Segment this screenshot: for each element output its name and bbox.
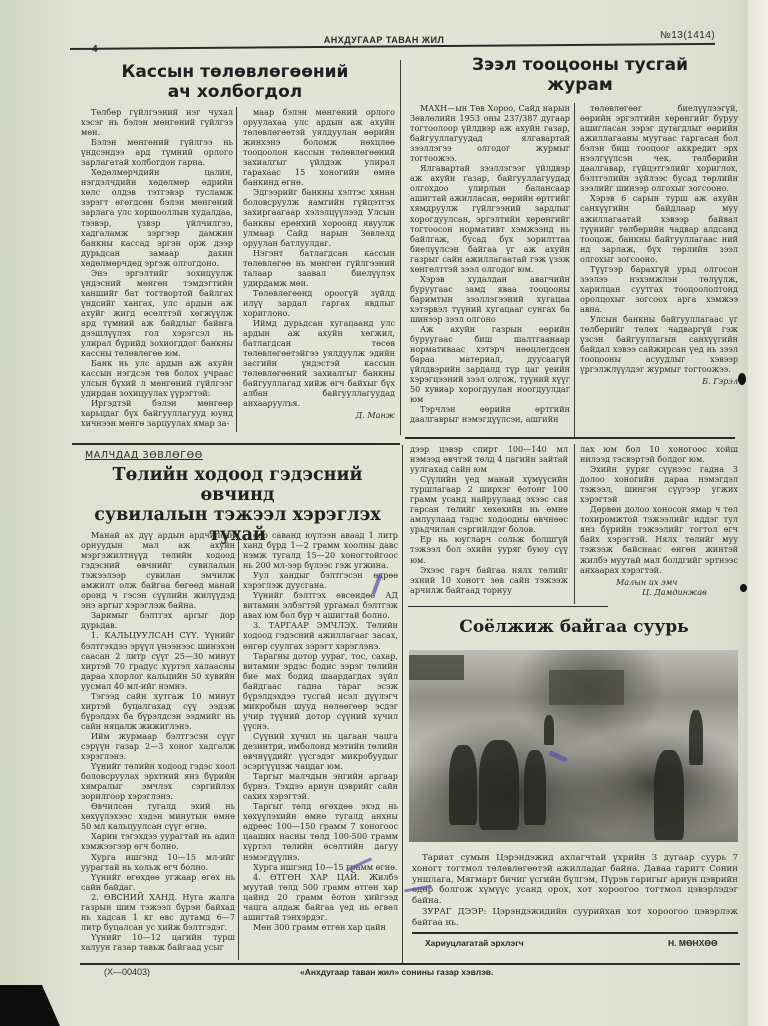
editor-label: Хариуцлагатай эрхлэгч bbox=[425, 938, 524, 948]
paragraph: Заримыг бэлтгэх аргыг дор дурьдав. bbox=[81, 610, 235, 630]
paragraph: Эхийн ууряг сүүнээс гадна 3 долоо хоноги… bbox=[580, 464, 738, 504]
paragraph: Улсын банкны байгууллагаас үг төлбөрийг … bbox=[580, 314, 738, 374]
footer-rule bbox=[80, 963, 740, 965]
paragraph: Хурга ишгэнд 10—15 грамм өгнө. bbox=[243, 862, 398, 872]
paragraph: Тэгээд сайн хутгаж 10 минут хиртэй буцал… bbox=[81, 691, 235, 731]
paragraph: Үүнийг бэлтгэх өвсөндөө АД витамин элбэг… bbox=[243, 590, 398, 620]
article3-column1: Манай ах дүү ардын ардчилсан орнуудын ма… bbox=[81, 530, 235, 952]
paragraph: Иргэдтэй бэлэн мөнгөөр харьцдаг бүх байг… bbox=[81, 398, 233, 428]
paragraph: дээр цэвэр спирт 100—140 мл нэмээд өвчтэ… bbox=[410, 444, 568, 474]
paragraph: Тэрчлэн өөрийн өртгийн даалгаврыг нэмэгд… bbox=[410, 404, 570, 424]
paragraph: МАХН—ын Төв Хороо, Сайд нарын Зөвлөлийн … bbox=[410, 103, 570, 163]
column-divider bbox=[574, 103, 575, 438]
issue-number: №13(1414) bbox=[660, 30, 715, 41]
photo-caption: ЗУРАГ ДЭЭР: Цэрэндэжидийн суурийхан хот … bbox=[412, 907, 738, 929]
paragraph: өөр саванд юүлээн аваад 1 литр ханд бүрд… bbox=[243, 530, 398, 570]
article2-column1: МАХН—ын Төв Хороо, Сайд нарын Зөвлөлийн … bbox=[410, 103, 570, 425]
paragraph: Өвчилсөн тугалд эхий нь хөхүүлэхээс хэдэ… bbox=[81, 801, 235, 831]
page-edge bbox=[748, 0, 768, 1026]
paragraph: 2. ӨВСНИЙ ХАНД. Нуга жалга газрын шим тэ… bbox=[81, 892, 235, 932]
paragraph: Энэ эргэлтийг зохицуулж үндэсний мөнгөн … bbox=[81, 268, 233, 358]
author-title: Малын их эмч bbox=[580, 577, 738, 587]
paragraph: Хэрэв 6 сарын турш аж ахуйн санхүүгийн б… bbox=[580, 193, 738, 263]
paragraph: Төлөвлөгөөнд ороогүй зүйлд илүү зардал г… bbox=[243, 288, 395, 318]
section-divider bbox=[72, 443, 400, 445]
photo-workers-cleaning-settlement bbox=[409, 650, 738, 842]
column-divider bbox=[574, 444, 575, 604]
article1-column1: Төлбөр гүйлгээний нэг чухал хэсэг нь бэл… bbox=[81, 107, 233, 429]
article3-kicker: МАЛЧДАД ЗӨВЛӨГӨӨ bbox=[85, 450, 203, 461]
column-divider bbox=[238, 530, 239, 960]
article1-signature: Д. Манж bbox=[243, 410, 395, 420]
author-name: Ц. Дамдинжав bbox=[580, 587, 738, 597]
paragraph: 3. ТАРГААР ЭМЧЛЭХ. Төлийн ходоод гэдэсни… bbox=[243, 620, 398, 650]
paragraph: 1. КАЛЬЦУУЛСАН СҮҮ. Үүнийг бэлтгэхдээ эр… bbox=[81, 630, 235, 690]
paragraph: Үүнийг 10—12 цагийн турш халуун газар та… bbox=[81, 932, 235, 952]
article3-title-line2: сувилалын тэжээл хэрэглэх bbox=[75, 506, 400, 526]
paragraph: Үүнийг төлийн ходоод гэдэс хоол боловсру… bbox=[81, 761, 235, 801]
paragraph: Эхээс гарч байгаа нялх төлийг эхний 10 х… bbox=[410, 565, 568, 595]
paragraph: Бэлэн мөнгөний гүйлгээ нь үндсэндээ ард … bbox=[81, 137, 233, 167]
article1-column2: маар бэлэн мөнгөний орлого оруулахаа улс… bbox=[243, 107, 395, 420]
paragraph: Таргыг төлд өгөхдөө эхэд нь хөхүүлэхийн … bbox=[243, 801, 398, 861]
editor-name: Н. МӨНХӨӨ bbox=[668, 938, 718, 948]
article3-column3: дээр цэвэр спирт 100—140 мл нэмээд өвчтэ… bbox=[410, 444, 568, 595]
printer-line: «Анхдугаар таван жил» сонины газар хэвлэ… bbox=[300, 967, 493, 977]
paragraph: Харин тэгэхдээ уурагтай нь адил хэмжээгэ… bbox=[81, 831, 235, 851]
paragraph: Дөрвөн долоо хоносон ямар ч төл тохиромж… bbox=[580, 504, 738, 574]
paragraph: Мөн 300 грамм өтгөн хар цайн bbox=[243, 922, 398, 932]
paragraph: лах юм бол 10 хоногоос хойш нилээд тэсвэ… bbox=[580, 444, 738, 464]
imprint-rule bbox=[412, 932, 738, 934]
article3-title-line1: Төлийн ходоод гэдэсний өвчинд bbox=[75, 466, 400, 506]
building-shape bbox=[409, 655, 464, 680]
punch-hole bbox=[740, 584, 747, 592]
paragraph: Банк нь улс ардын аж ахуйн кассын нэгдсэ… bbox=[81, 358, 233, 398]
article2-title-line2: журам bbox=[420, 75, 740, 95]
paragraph: Төлбөр гүйлгээний нэг чухал хэсэг нь бэл… bbox=[81, 107, 233, 137]
paragraph: Хурга ишгэнд 10—15 мл-ийг уурагтай нь хо… bbox=[81, 852, 235, 872]
column-divider bbox=[402, 445, 403, 965]
paragraph: 4. ӨТГӨН ХАР ЦАЙ. Жилбэ муутай төлд 500 … bbox=[243, 872, 398, 922]
paragraph: Таргыг малчдын энгийн аргаар бүрнэ. Тэхд… bbox=[243, 771, 398, 801]
punch-hole bbox=[738, 373, 746, 385]
paragraph: маар бэлэн мөнгөний орлого оруулахаа улс… bbox=[243, 107, 395, 187]
section-divider bbox=[408, 606, 608, 607]
article2-column2: төлөвлөгөөг биелүүлээгүй, өөрийн эргэлти… bbox=[580, 103, 738, 386]
paragraph: Манай ах дүү ардын ардчилсан орнуудын ма… bbox=[81, 530, 235, 610]
paragraph: Хэрэв худалдан авагчийн буруугаас замд я… bbox=[410, 274, 570, 324]
paragraph: төлөвлөгөөг биелүүлээгүй, өөрийн эргэлти… bbox=[580, 103, 738, 193]
paragraph: Тарагны дотор уураг, тос, сахар, витамин… bbox=[243, 651, 398, 731]
article1-title-line2: ач холбогдол bbox=[90, 82, 380, 102]
photo-title: Соёлжиж байгаа суурь bbox=[409, 617, 739, 637]
photo-story-text: Тариат сумын Цэрэндэжид ахлагчтай үхрийн… bbox=[412, 853, 738, 929]
paragraph: Хөдөлмөрчдийн цалин, нэгдэлчдийн хөдөлмө… bbox=[81, 167, 233, 267]
order-code: (Х—00403) bbox=[104, 967, 150, 977]
paragraph: Ийм журмаар бэлтгэсэн сүүг сэрүүн газар … bbox=[81, 731, 235, 761]
article1-title: Кассын төлөвлөгөөний ач холбогдол bbox=[90, 62, 380, 102]
article2-signature: Б. Гэрэл bbox=[580, 376, 738, 386]
article1-title-line1: Кассын төлөвлөгөөний bbox=[90, 62, 380, 82]
paragraph: Нэгэнт батлагдсан кассын төлөвлөгөө нь м… bbox=[243, 248, 395, 288]
article2-title-line1: Зээл тооцооны тусгай bbox=[420, 55, 740, 75]
article2-title: Зээл тооцооны тусгай журам bbox=[420, 55, 740, 95]
section-divider bbox=[405, 437, 735, 439]
paragraph: Эдгээрийг банкны хэлтэс хянан боловсруул… bbox=[243, 187, 395, 247]
column-divider bbox=[400, 60, 401, 435]
paragraph: Иймд дурьдсан хугацаанд улс ардын аж аху… bbox=[243, 318, 395, 408]
article3-column4: лах юм бол 10 хоногоос хойш нилээд тэсвэ… bbox=[580, 444, 738, 597]
paragraph: Аж ахуйн газрын өөрийн буруугаас биш шал… bbox=[410, 324, 570, 404]
column-divider bbox=[236, 107, 237, 432]
paragraph: Сүүний хүчил нь цагаан чацга дезинтри, и… bbox=[243, 731, 398, 771]
paragraph: Сүүлийн үед манай хүмүүсийн туршлагаар 2… bbox=[410, 474, 568, 534]
paragraph: Ер нь юугларч сольж болшгүй тэжээл бол э… bbox=[410, 534, 568, 564]
paragraph: Түүгээр барахгүй урьд олгосон зээлээ нэх… bbox=[580, 264, 738, 314]
paragraph: Үүнийг өгөхдөө угжаар өгөх нь сайн байда… bbox=[81, 872, 235, 892]
paragraph: Ялгавартай зээллэгээг үйлдвэр аж ахуйн г… bbox=[410, 163, 570, 274]
truck-shape bbox=[549, 670, 624, 705]
photo-story-paragraph: Тариат сумын Цэрэндэжид ахлагчтай үхрийн… bbox=[412, 853, 738, 907]
